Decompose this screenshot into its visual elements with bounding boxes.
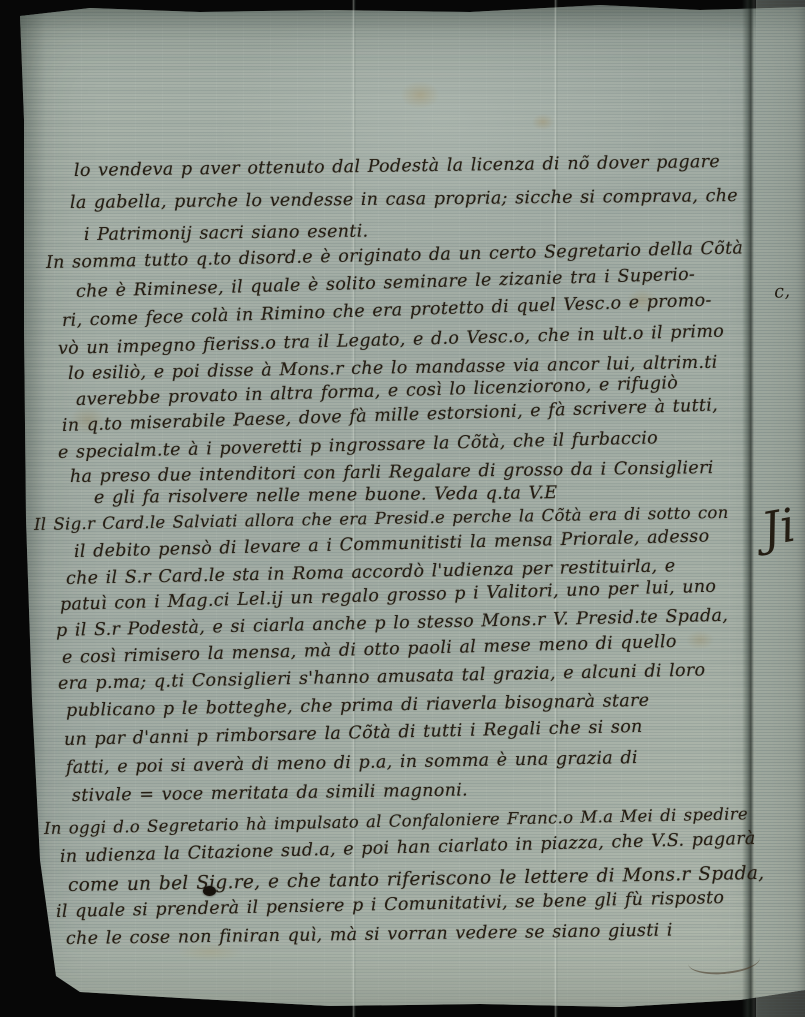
ink-blot — [203, 886, 216, 896]
manuscript-line: i Patrimonij sacri siano esenti. — [84, 224, 369, 245]
adjacent-page-flourish: Ji — [757, 498, 799, 557]
manuscript-line: ha preso due intenditori con farli Regal… — [70, 460, 714, 486]
manuscript-line: fatti, e poi si averà di meno di p.a, in… — [66, 750, 638, 777]
manuscript-line: in udienza la Citazione sud.a, e poi han… — [60, 831, 756, 867]
manuscript-line: e specialm.te à i poveretti p ingrossare… — [58, 430, 658, 462]
manuscript-line: lo vendeva p aver ottenuto dal Podestà l… — [74, 154, 720, 181]
photograph-of-manuscript: lo vendeva p aver ottenuto dal Podestà l… — [0, 0, 805, 1017]
manuscript-line: stivale = voce meritata da simili magnon… — [72, 782, 468, 805]
adjacent-page-small-mark: c, — [773, 280, 791, 303]
manuscript-line: publicano p le botteghe, che prima di ri… — [66, 693, 650, 721]
manuscript-line: vò un impegno fieriss.o tra il Legato, e… — [58, 324, 725, 359]
manuscript-line: il quale si prenderà il pensiere p i Com… — [56, 890, 725, 921]
manuscript-line: e gli fa risolvere nelle mene buone. Ved… — [94, 485, 558, 507]
manuscript-line: era p.ma; q.ti Consiglieri s'hanno amusa… — [58, 662, 706, 693]
handwritten-text: lo vendeva p aver ottenuto dal Podestà l… — [0, 0, 805, 1017]
pen-flourish-stroke — [687, 945, 761, 977]
manuscript-line: un par d'anni p rimborsare la Cõtà di tu… — [64, 719, 643, 750]
manuscript-line: la gabella, purche lo vendesse in casa p… — [70, 188, 738, 212]
manuscript-line: che le cose non finiran quì, mà si vorra… — [66, 923, 673, 949]
